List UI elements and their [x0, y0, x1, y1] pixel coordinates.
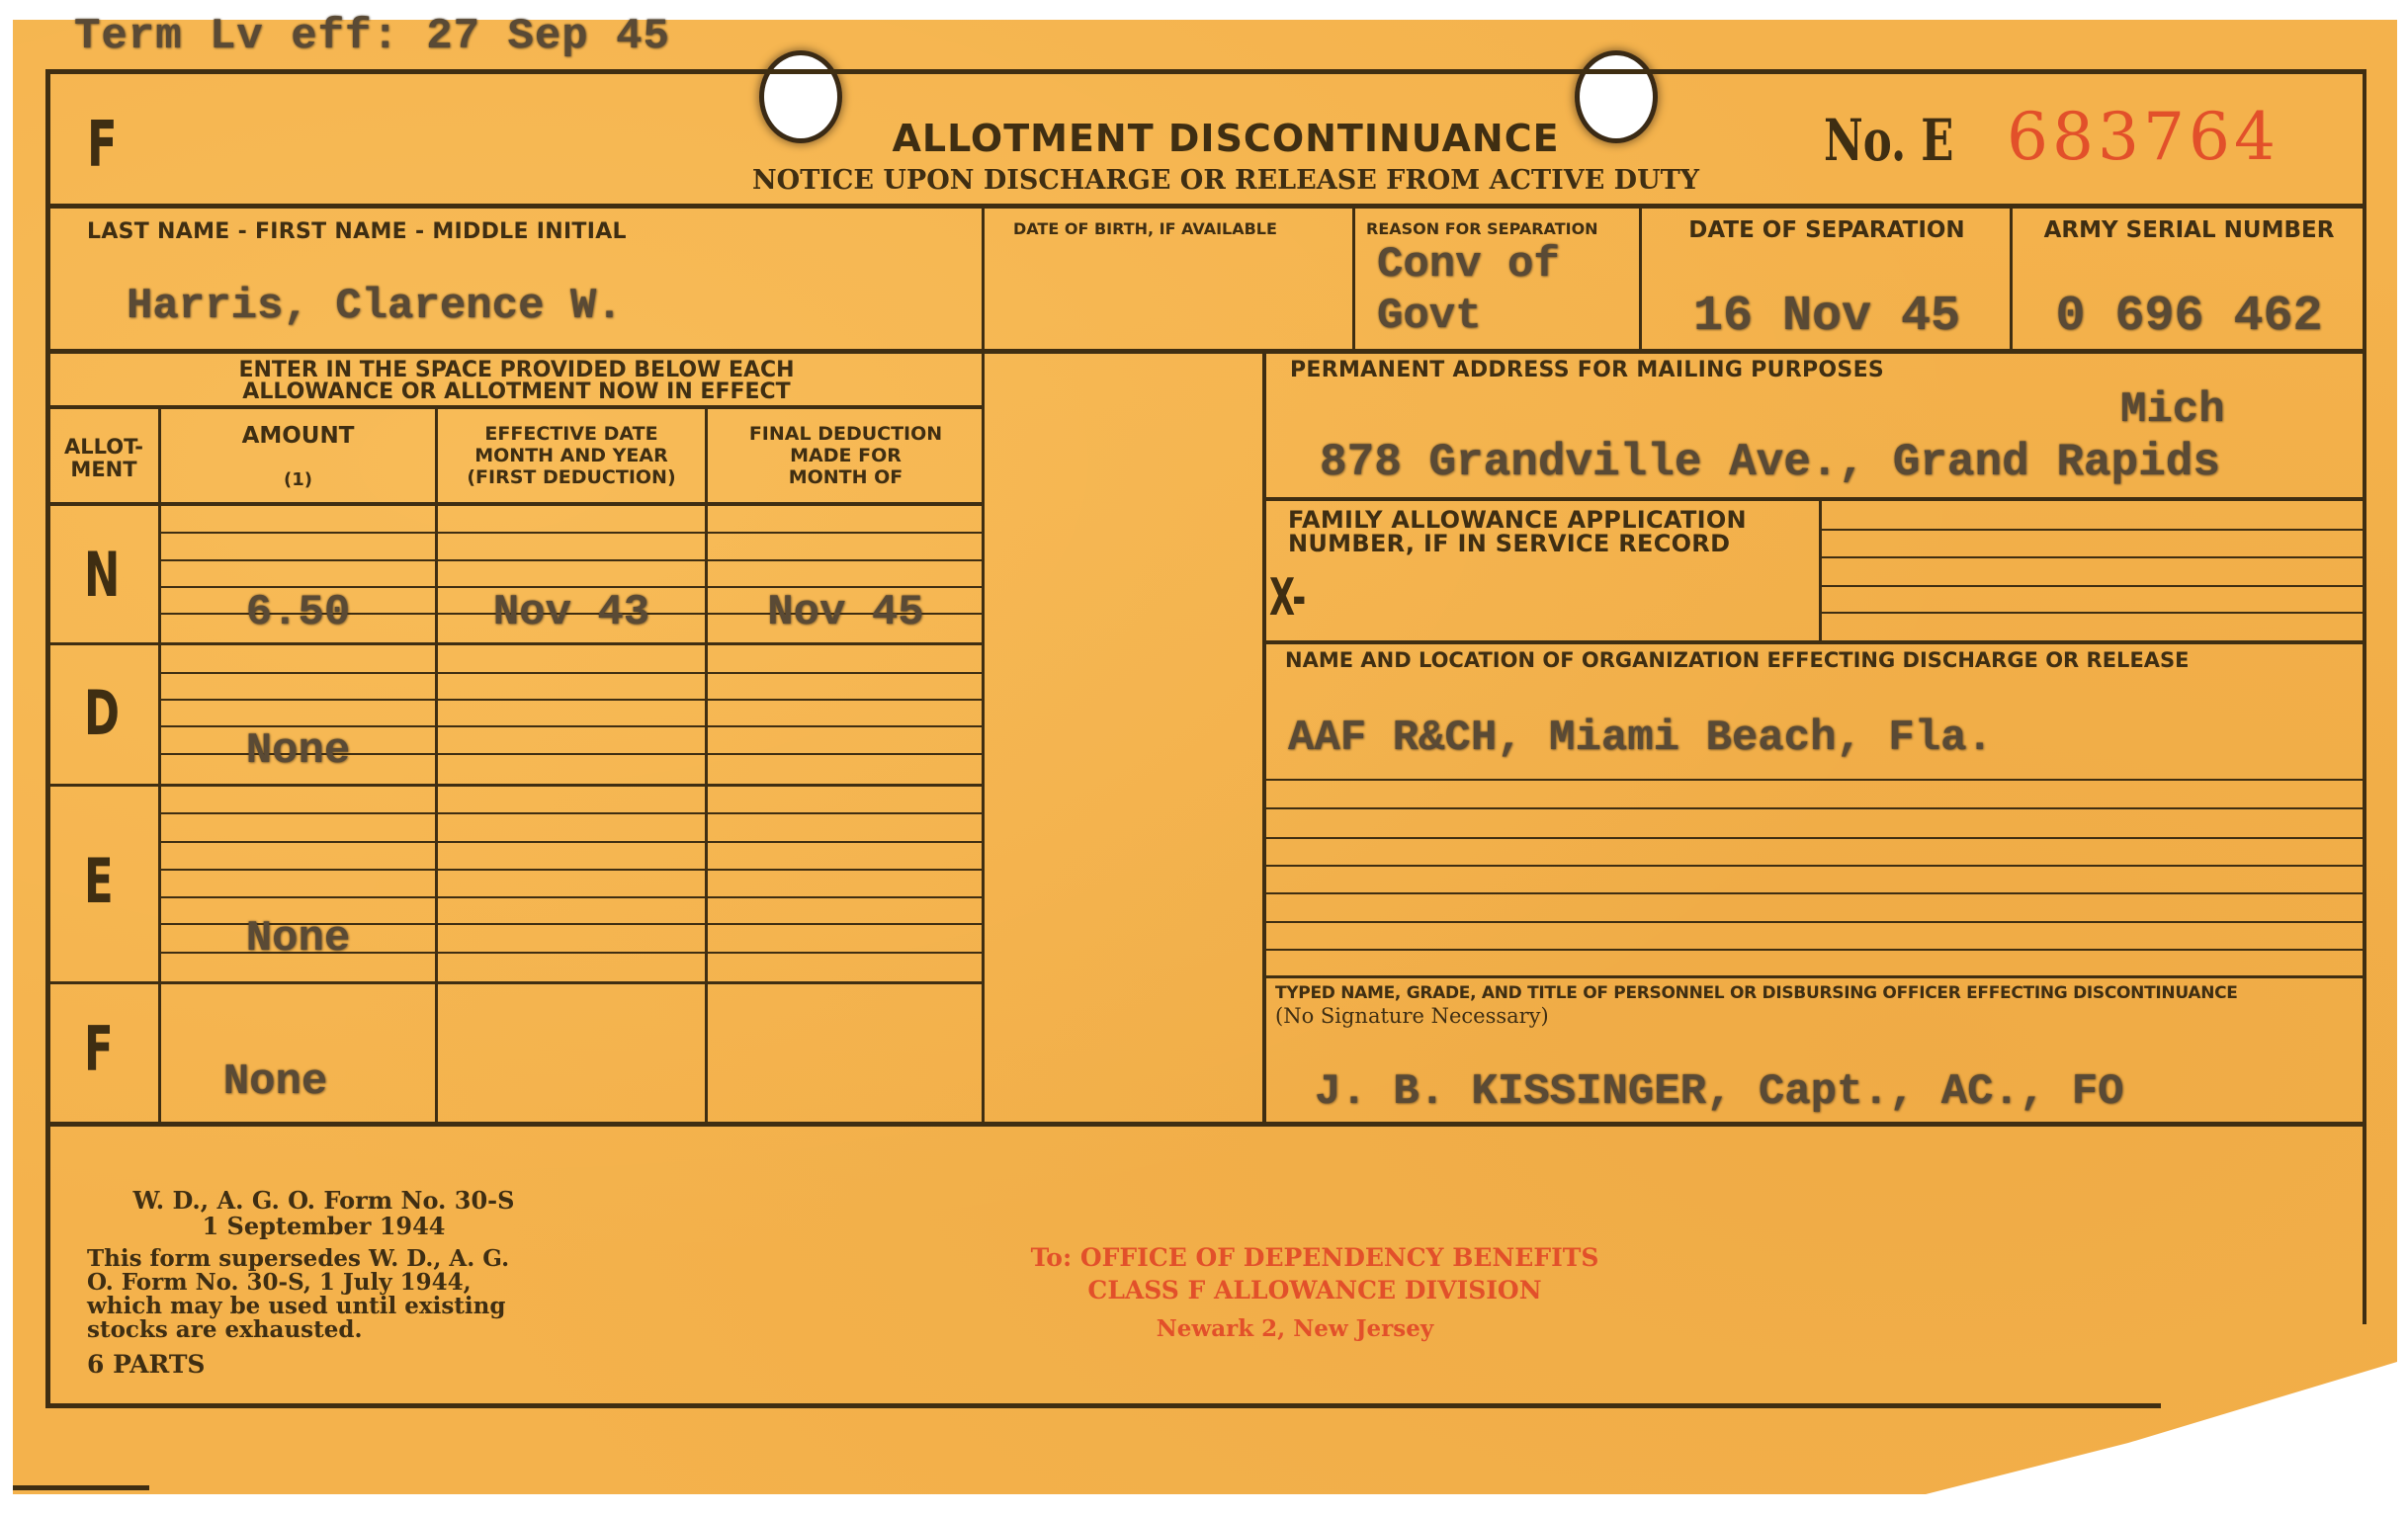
header-effective-3: (FIRST DEDUCTION) — [438, 466, 705, 488]
amount-e[interactable]: None — [161, 914, 435, 964]
family-allowance-field[interactable] — [1325, 578, 1799, 628]
org-rule-5 — [1264, 892, 2365, 894]
headers-bottom-rule — [47, 502, 984, 506]
address-state-field[interactable]: Mich — [2120, 385, 2225, 435]
group-e-bottom — [47, 981, 984, 984]
name-label: LAST NAME - FIRST NAME - MIDDLE INITIAL — [87, 219, 627, 244]
divider-reason-sepdate — [1639, 206, 1642, 351]
officer-note: (No Signature Necessary) — [1275, 1004, 1549, 1028]
supersedes-3: which may be used until existing — [87, 1293, 505, 1319]
divider-dob-reason — [1352, 206, 1355, 351]
family-allowance-bottom-rule — [1264, 640, 2365, 644]
form-title: ALLOTMENT DISCONTINUANCE — [830, 117, 1621, 160]
address-label: PERMANENT ADDRESS FOR MAILING PURPOSES — [1290, 358, 1884, 382]
reason-label: REASON FOR SEPARATION — [1366, 219, 1598, 238]
form-number-footer: W. D., A. G. O. Form No. 30-S — [84, 1186, 563, 1215]
frame-right — [2363, 69, 2366, 1324]
organization-bottom-rule — [1264, 975, 2365, 978]
separation-date-field[interactable]: 16 Nov 45 — [1643, 289, 2011, 345]
officer-field[interactable]: J. B. KISSINGER, Capt., AC., FO — [1315, 1067, 2124, 1117]
instruction-bottom-rule — [47, 405, 984, 409]
header-final-3: MONTH OF — [708, 466, 984, 488]
header-amount: AMOUNT — [161, 423, 435, 449]
family-allowance-label-2: NUMBER, IF IN SERVICE RECORD — [1288, 530, 1730, 557]
dob-field[interactable] — [1008, 267, 1334, 336]
rule-n-2 — [158, 559, 984, 561]
header-effective-2: MONTH AND YEAR — [438, 445, 705, 466]
group-n-bottom — [47, 642, 984, 645]
officer-label: TYPED NAME, GRADE, AND TITLE OF PERSONNE… — [1275, 983, 2238, 1003]
org-rule-3 — [1264, 837, 2365, 839]
header-final-2: MADE FOR — [708, 445, 984, 466]
rule-n-1 — [158, 532, 984, 534]
dob-label: DATE OF BIRTH, IF AVAILABLE — [1013, 219, 1277, 238]
rule-d-1 — [158, 672, 984, 674]
header-bottom-rule — [47, 204, 2366, 209]
rule-e-3 — [158, 869, 984, 871]
org-rule-6 — [1264, 921, 2365, 923]
org-rule-2 — [1264, 807, 2365, 809]
rule-e-2 — [158, 841, 984, 843]
address-bottom-rule — [1264, 497, 2365, 501]
term-leave-annotation: Term Lv eff: 27 Sep 45 — [74, 12, 670, 61]
allotment-class-e: E — [84, 845, 114, 917]
amount-d[interactable]: None — [161, 726, 435, 776]
form-number: 683764 — [2007, 99, 2279, 175]
allotment-instruction-2: ALLOWANCE OR ALLOTMENT NOW IN EFFECT — [49, 379, 984, 404]
serial-label: ARMY SERIAL NUMBER — [2014, 217, 2365, 243]
header-amount-note: (1) — [161, 469, 435, 490]
final-n[interactable]: Nov 45 — [708, 588, 984, 637]
divider-middle-right — [1262, 351, 1266, 1124]
org-rule-7 — [1264, 949, 2365, 951]
fa-rule-2 — [1821, 556, 2365, 558]
org-rule-1 — [1264, 779, 2365, 781]
separation-date-label: DATE OF SEPARATION — [1643, 217, 2011, 243]
address-street-field[interactable]: 878 Grandville Ave., Grand Rapids — [1320, 437, 2220, 488]
amount-f[interactable]: None — [138, 1057, 412, 1107]
header-allotment-1: ALLOT- — [49, 435, 158, 459]
part-letter: F — [87, 109, 118, 182]
frame-top — [47, 69, 2366, 74]
family-allowance-divider — [1819, 499, 1822, 642]
header-allotment-2: MENT — [49, 458, 158, 481]
to-office-line2: CLASS F ALLOWANCE DIVISION — [969, 1276, 1661, 1305]
allotment-class-n: N — [84, 539, 120, 611]
rule-e-1 — [158, 812, 984, 814]
punch-hole-left — [764, 55, 837, 138]
family-allowance-prefix: X- — [1269, 568, 1306, 628]
fa-rule-4 — [1821, 612, 2365, 614]
col-divider-effective-final — [705, 407, 708, 1124]
col-divider-amount-effective — [435, 407, 438, 1124]
supersedes-2: O. Form No. 30-S, 1 July 1944, — [87, 1269, 472, 1296]
body-bottom-rule — [47, 1122, 2366, 1127]
form-subtitle: NOTICE UPON DISCHARGE OR RELEASE FROM AC… — [692, 165, 1760, 196]
fa-rule-1 — [1821, 529, 2365, 531]
serial-field[interactable]: 0 696 462 — [2014, 289, 2365, 345]
organization-field[interactable]: AAF R&CH, Miami Beach, Fla. — [1288, 714, 1993, 763]
row1-bottom-rule — [47, 349, 2366, 354]
to-office-line1: To: OFFICE OF DEPENDENCY BENEFITS — [969, 1243, 1661, 1272]
amount-n[interactable]: 6.50 — [161, 588, 435, 637]
group-d-bottom — [47, 784, 984, 787]
frame-bottom — [45, 1403, 2161, 1408]
reason-field-line2[interactable]: Govt — [1377, 292, 1482, 341]
allotment-class-f: F — [84, 1013, 114, 1085]
org-rule-4 — [1264, 865, 2365, 867]
header-effective-1: EFFECTIVE DATE — [438, 423, 705, 445]
allotment-class-d: D — [84, 677, 120, 749]
name-field[interactable]: Harris, Clarence W. — [127, 282, 623, 331]
effective-n[interactable]: Nov 43 — [438, 588, 705, 637]
header-final-1: FINAL DEDUCTION — [708, 423, 984, 445]
bottom-edge-stub — [13, 1485, 149, 1490]
reason-field-line1[interactable]: Conv of — [1377, 240, 1560, 290]
form-date-footer: 1 September 1944 — [84, 1212, 563, 1240]
divider-name-dob — [982, 206, 985, 1124]
form-number-prefix: No. E — [1824, 107, 1953, 174]
parts-count: 6 PARTS — [87, 1350, 205, 1379]
supersedes-1: This form supersedes W. D., A. G. — [87, 1245, 509, 1272]
rule-d-2 — [158, 699, 984, 701]
rule-e-4 — [158, 896, 984, 898]
supersedes-4: stocks are exhausted. — [87, 1316, 362, 1343]
to-office-line3: Newark 2, New Jersey — [949, 1315, 1641, 1342]
frame-left — [45, 69, 50, 1407]
organization-label: NAME AND LOCATION OF ORGANIZATION EFFECT… — [1285, 648, 2190, 672]
fa-rule-3 — [1821, 585, 2365, 587]
